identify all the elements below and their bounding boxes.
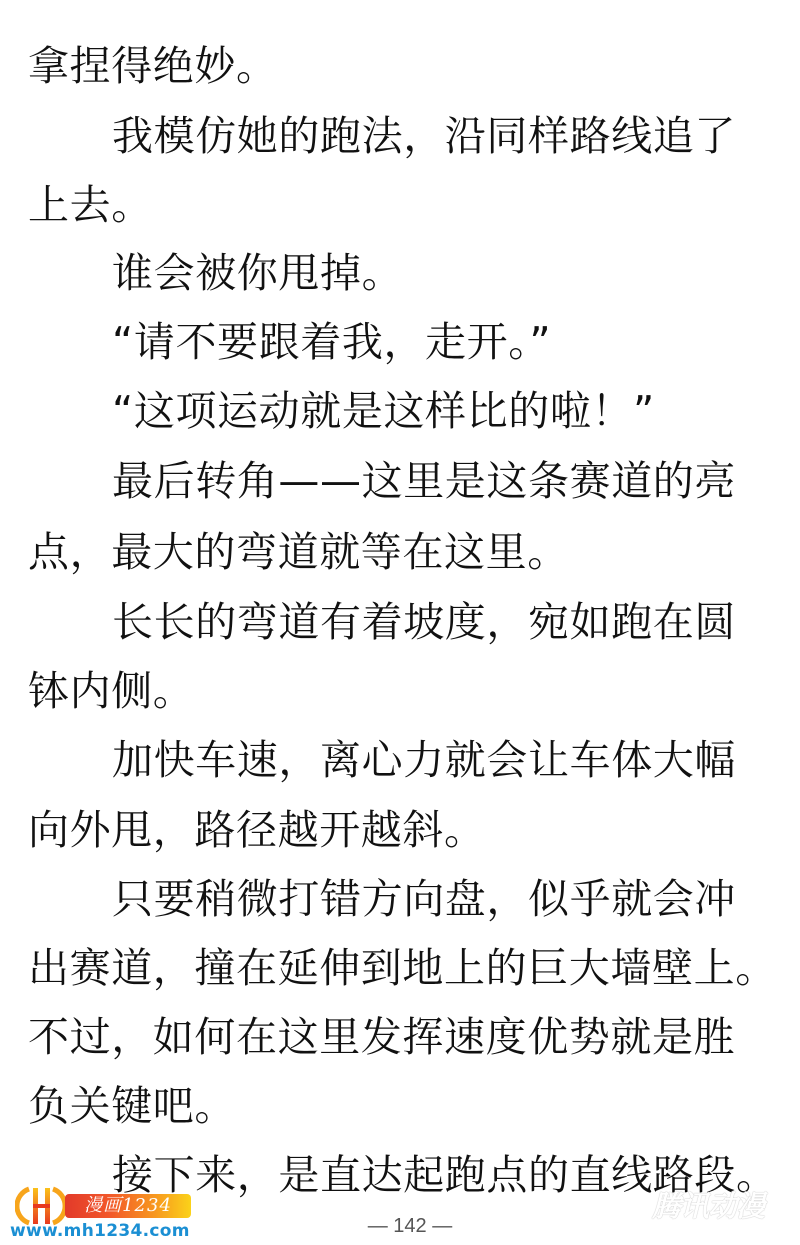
book-page: 拿捏得绝妙。 我模仿她的跑法，沿同样路线追了 上去。 谁会被你甩掉。 “请不要跟…	[0, 0, 800, 1245]
text-line: 不过，如何在这里发挥速度优势就是胜	[28, 1013, 788, 1061]
text-line: 拿捏得绝妙。	[28, 42, 788, 90]
logo-url-link[interactable]: www.mh1234.com	[10, 1221, 210, 1241]
text-line: 钵内侧。	[28, 667, 788, 715]
text-line: 最后转角——这里是这条赛道的亮	[112, 457, 800, 505]
text-line: 只要稍微打错方向盘，似乎就会冲	[112, 875, 800, 923]
text-line: 我模仿她的跑法，沿同样路线追了	[112, 112, 800, 160]
text-line: 点，最大的弯道就等在这里。	[28, 528, 788, 576]
text-line: 长长的弯道有着坡度，宛如跑在圆	[112, 598, 800, 646]
text-line: “请不要跟着我，走开。”	[112, 318, 800, 366]
text-line: 谁会被你甩掉。	[112, 249, 800, 297]
text-line: 出赛道，撞在延伸到地上的巨大墙壁上。	[28, 944, 788, 992]
watermark-text: 腾讯动漫	[652, 1188, 782, 1224]
text-line: “这项运动就是这样比的啦！”	[112, 387, 800, 435]
page-number: — 142 —	[330, 1213, 490, 1239]
text-line: 向外甩，路径越开越斜。	[28, 806, 788, 854]
text-line: 负关键吧。	[28, 1082, 788, 1130]
logo-badge: 漫画1234	[65, 1194, 191, 1218]
site-logo[interactable]: 漫画1234 www.mh1234.com	[10, 1183, 200, 1245]
text-line: 加快车速，离心力就会让车体大幅	[112, 736, 800, 784]
text-line: 上去。	[28, 181, 788, 229]
